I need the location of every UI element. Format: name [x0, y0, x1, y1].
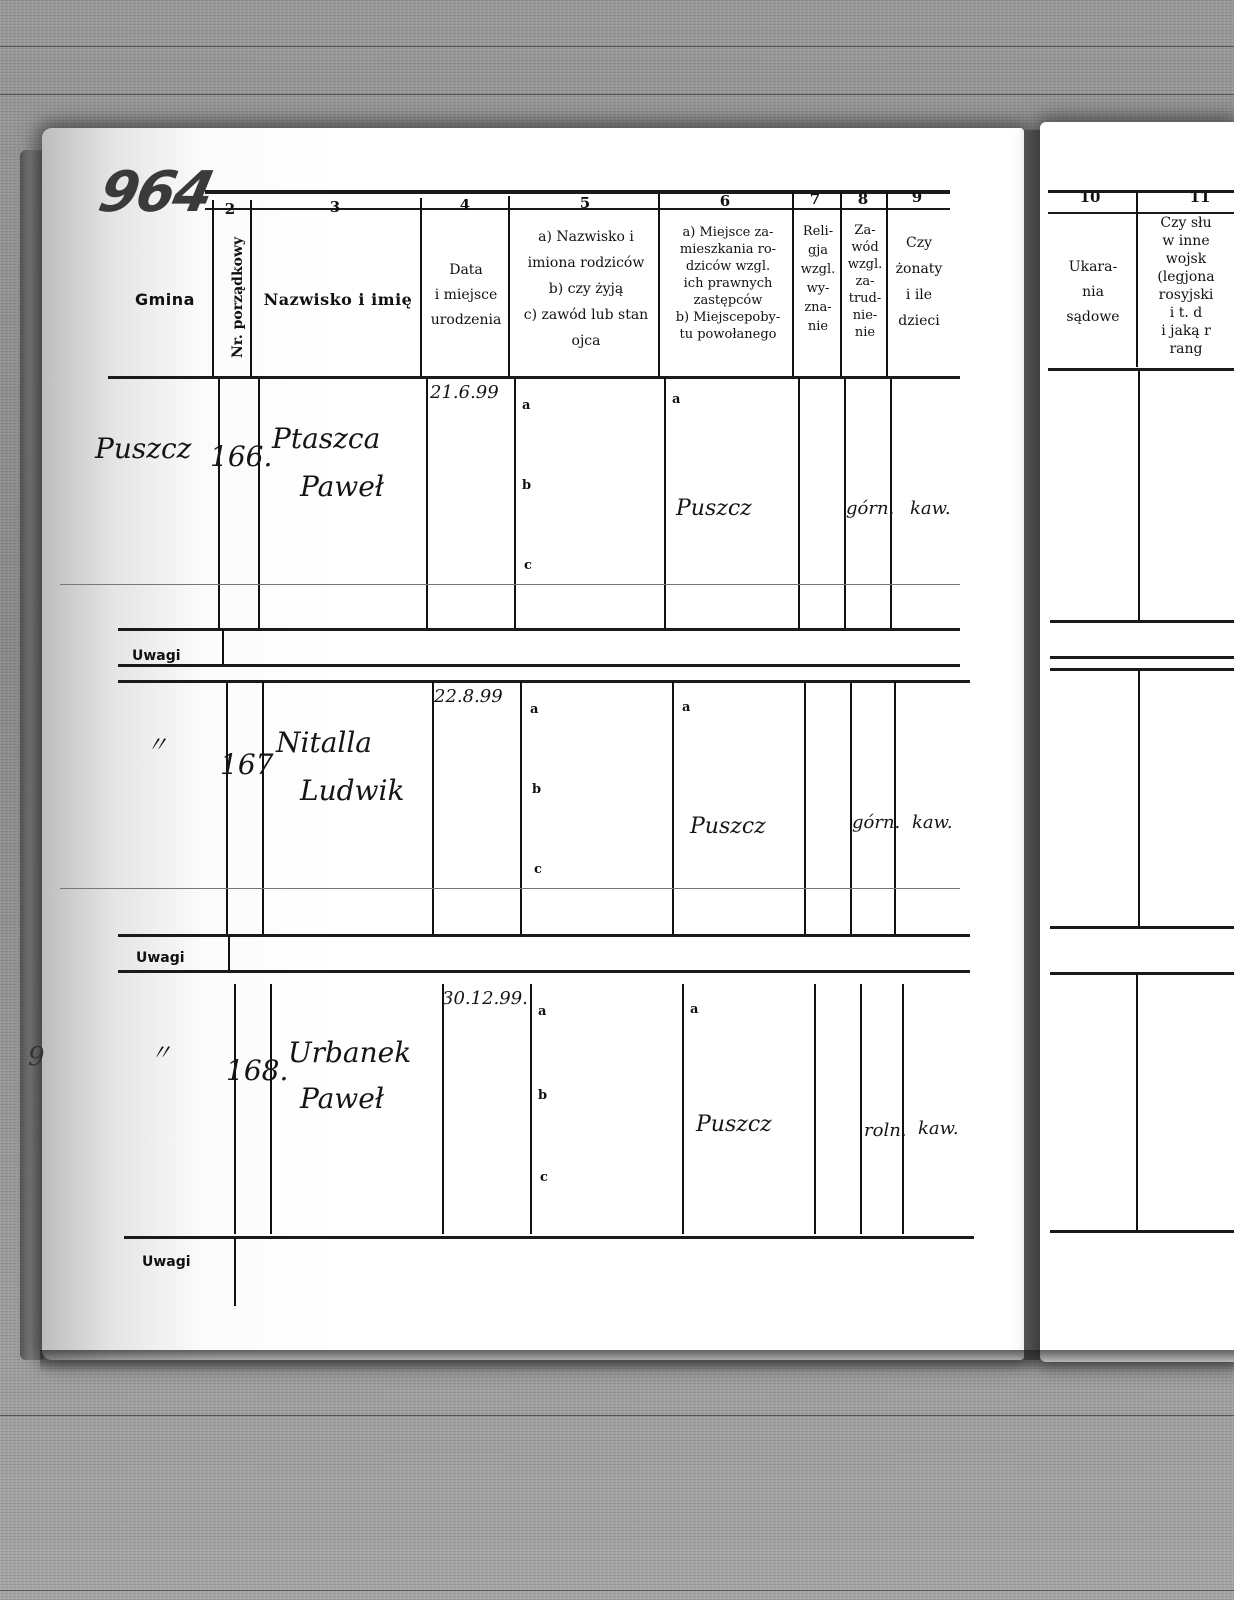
entry-surname: Nitalla [276, 726, 372, 759]
entry-nr: 168. [226, 1054, 288, 1087]
entry-given-name: Paweł [300, 470, 384, 503]
header-line: (legjona [1138, 268, 1234, 286]
entry-residence: Puszcz [690, 814, 766, 839]
right-row-rule [1050, 668, 1234, 671]
header-line: rosyjski [1138, 286, 1234, 304]
header-line: dziców wzgl. [660, 258, 796, 275]
header-line: wód [842, 239, 888, 256]
entry-residence: Puszcz [676, 496, 752, 521]
remarks-field [230, 634, 950, 662]
entry-nr: 167 [220, 748, 273, 781]
remarks-label: Uwagi [132, 648, 181, 664]
entry-surname: Urbanek [288, 1036, 411, 1069]
col-divider [840, 192, 842, 376]
sheet-number: 964 [93, 160, 218, 225]
header-line: gja [794, 241, 842, 260]
entry-gmina: Puszcz [95, 432, 191, 465]
right-row-rule [1050, 656, 1234, 659]
label-c: c [534, 862, 542, 877]
header-line: nie [842, 324, 888, 341]
header-line: zna- [794, 298, 842, 317]
right-header-bottom-rule [1048, 368, 1234, 371]
col-divider [902, 984, 904, 1234]
margin-mark: 9 [28, 1042, 45, 1072]
header-line: Za- [842, 222, 888, 239]
col-divider [664, 378, 666, 628]
scan-line [0, 1590, 1234, 1591]
col-divider [798, 378, 800, 628]
header-line: Data [420, 258, 512, 283]
entry-marital: kaw. [910, 498, 951, 519]
right-row-rule [1050, 620, 1234, 623]
col-divider [814, 984, 816, 1234]
col-number-5: 5 [560, 194, 610, 212]
col-divider [234, 984, 236, 1234]
col-number-7: 7 [800, 190, 830, 208]
header-data-urodzenia: Data i miejsce urodzenia [420, 258, 512, 333]
header-zonaty: Czy żonaty i ile dzieci [888, 230, 950, 334]
col-divider [682, 984, 684, 1234]
col-divider [258, 378, 260, 628]
col-divider [658, 194, 660, 376]
header-line: ich prawnych [660, 275, 796, 292]
header-gmina: Gmina [120, 290, 210, 309]
col-divider [432, 682, 434, 934]
header-line: c) zawód lub stan [510, 302, 662, 328]
header-line: nia [1050, 280, 1136, 305]
label-c: c [540, 1170, 548, 1185]
header-line: i t. d [1138, 304, 1234, 322]
entry-marital: kaw. [918, 1118, 959, 1139]
label-b: b [532, 782, 541, 797]
row-rule [124, 1236, 974, 1239]
header-line: tu powołanego [660, 326, 796, 343]
col-divider [894, 682, 896, 934]
header-line: w inne [1138, 232, 1234, 250]
header-line: rang [1138, 340, 1234, 358]
header-line: zastępców [660, 292, 796, 309]
col-divider [860, 984, 862, 1234]
header-line: urodzenia [420, 308, 512, 333]
header-line: b) Miejscepoby- [660, 309, 796, 326]
col-number-3: 3 [300, 198, 370, 216]
label-a: a [672, 392, 680, 407]
header-line: nie [794, 317, 842, 336]
col-divider [222, 630, 224, 666]
label-b: b [538, 1088, 547, 1103]
header-zawod: Za- wód wzgl. za- trud- nie- nie [842, 222, 888, 341]
remarks-label: Uwagi [136, 950, 185, 966]
right-header-top-rule [1048, 190, 1234, 193]
col-number-6: 6 [705, 192, 745, 210]
row-rule [118, 680, 970, 683]
col-divider [234, 1238, 236, 1306]
col-number-8: 8 [848, 190, 878, 208]
row-rule [118, 934, 970, 937]
col-divider [850, 682, 852, 934]
col-divider [226, 682, 228, 934]
header-line: za- [842, 273, 888, 290]
scan-line [0, 94, 1234, 95]
entry-marital: kaw. [912, 812, 953, 833]
col-divider [792, 192, 794, 376]
label-c: c [524, 558, 532, 573]
header-line: wojsk [1138, 250, 1234, 268]
entry-surname: Ptaszca [272, 422, 380, 455]
header-line: Ukara- [1050, 255, 1136, 280]
header-line: i miejsce [420, 283, 512, 308]
col-divider [804, 682, 806, 934]
row-rule [118, 664, 960, 667]
col-divider [514, 378, 516, 628]
entry-birth-date: 21.6.99 [430, 382, 499, 403]
remarks-field [236, 940, 956, 968]
page-edge-shadow [40, 1350, 1234, 1372]
col-divider [218, 378, 220, 628]
header-line: Reli- [794, 222, 842, 241]
entry-birth-date: 30.12.99. [442, 988, 528, 1009]
header-ukarania: Ukara- nia sądowe [1050, 255, 1136, 330]
col-divider [886, 192, 888, 376]
entry-gmina-ditto: 〃 [146, 728, 168, 759]
header-line: mieszkania ro- [660, 241, 796, 258]
header-sluzba-wojskowa: Czy słu w inne wojsk (legjona rosyjski i… [1138, 214, 1234, 358]
label-a: a [682, 700, 690, 715]
col-divider [228, 936, 230, 972]
entry-nr: 166. [210, 440, 272, 473]
header-nazwisko-imie: Nazwisko i imię [258, 290, 418, 309]
header-religia: Reli- gja wzgl. wy- zna- nie [794, 222, 842, 336]
header-bottom-rule [108, 376, 960, 379]
entry-occupation: roln. [864, 1120, 907, 1141]
header-line: i ile [888, 282, 950, 308]
header-line: a) Miejsce za- [660, 224, 796, 241]
right-col-divider [1138, 670, 1140, 928]
entry-birth-date: 22.8.99 [434, 686, 503, 707]
label-a: a [690, 1002, 698, 1017]
header-rodzice: a) Nazwisko i imiona rodziców b) czy żyj… [510, 224, 662, 354]
header-line: Czy [888, 230, 950, 256]
header-line: dzieci [888, 308, 950, 334]
col-divider [262, 682, 264, 934]
label-a: a [522, 398, 530, 413]
header-miejsce-zamieszkania: a) Miejsce za- mieszkania ro- dziców wzg… [660, 224, 796, 343]
scan-line [0, 46, 1234, 47]
col-number-2: 2 [215, 200, 245, 218]
label-b: b [522, 478, 531, 493]
col-divider [426, 378, 428, 628]
row-rule [118, 970, 970, 973]
entry-gmina-ditto: 〃 [150, 1036, 172, 1067]
header-line: trud- [842, 290, 888, 307]
col-divider [442, 984, 444, 1234]
entry-occupation: górn. [846, 498, 894, 519]
header-line: i jaką r [1138, 322, 1234, 340]
right-row-rule [1050, 972, 1234, 975]
col-number-4: 4 [430, 196, 500, 214]
col-number-9: 9 [902, 188, 932, 206]
remarks-field [244, 1242, 964, 1302]
header-line: Czy słu [1138, 214, 1234, 232]
entry-given-name: Ludwik [300, 774, 404, 807]
header-line: sądowe [1050, 305, 1136, 330]
page-gutter [1024, 130, 1040, 1360]
col-divider [672, 682, 674, 934]
faint-rule [60, 584, 960, 585]
header-line: żonaty [888, 256, 950, 282]
header-line: a) Nazwisko i [510, 224, 662, 250]
row-rule [118, 628, 960, 631]
col-divider [420, 198, 422, 376]
label-a: a [530, 702, 538, 717]
right-col-divider [1138, 370, 1140, 620]
header-line: wzgl. [794, 260, 842, 279]
remarks-label: Uwagi [142, 1254, 191, 1270]
col-divider [508, 196, 510, 376]
header-line: ojca [510, 328, 662, 354]
header-nr-porzadkowy: Nr. porządkowy [230, 238, 246, 358]
col-divider [212, 200, 214, 376]
entry-residence: Puszcz [696, 1112, 772, 1137]
header-line: wzgl. [842, 256, 888, 273]
header-line: b) czy żyją [510, 276, 662, 302]
right-row-rule [1050, 926, 1234, 929]
faint-rule [60, 888, 960, 889]
header-line: nie- [842, 307, 888, 324]
entry-occupation: górn. [852, 812, 900, 833]
col-divider [530, 984, 532, 1234]
right-row-rule [1050, 1230, 1234, 1233]
col-divider [520, 682, 522, 934]
col-divider [250, 200, 252, 376]
right-col-divider [1136, 974, 1138, 1230]
label-a: a [538, 1004, 546, 1019]
header-line: imiona rodziców [510, 250, 662, 276]
scan-line [0, 1415, 1234, 1416]
entry-given-name: Paweł [300, 1082, 384, 1115]
col-divider [270, 984, 272, 1234]
header-line: wy- [794, 279, 842, 298]
